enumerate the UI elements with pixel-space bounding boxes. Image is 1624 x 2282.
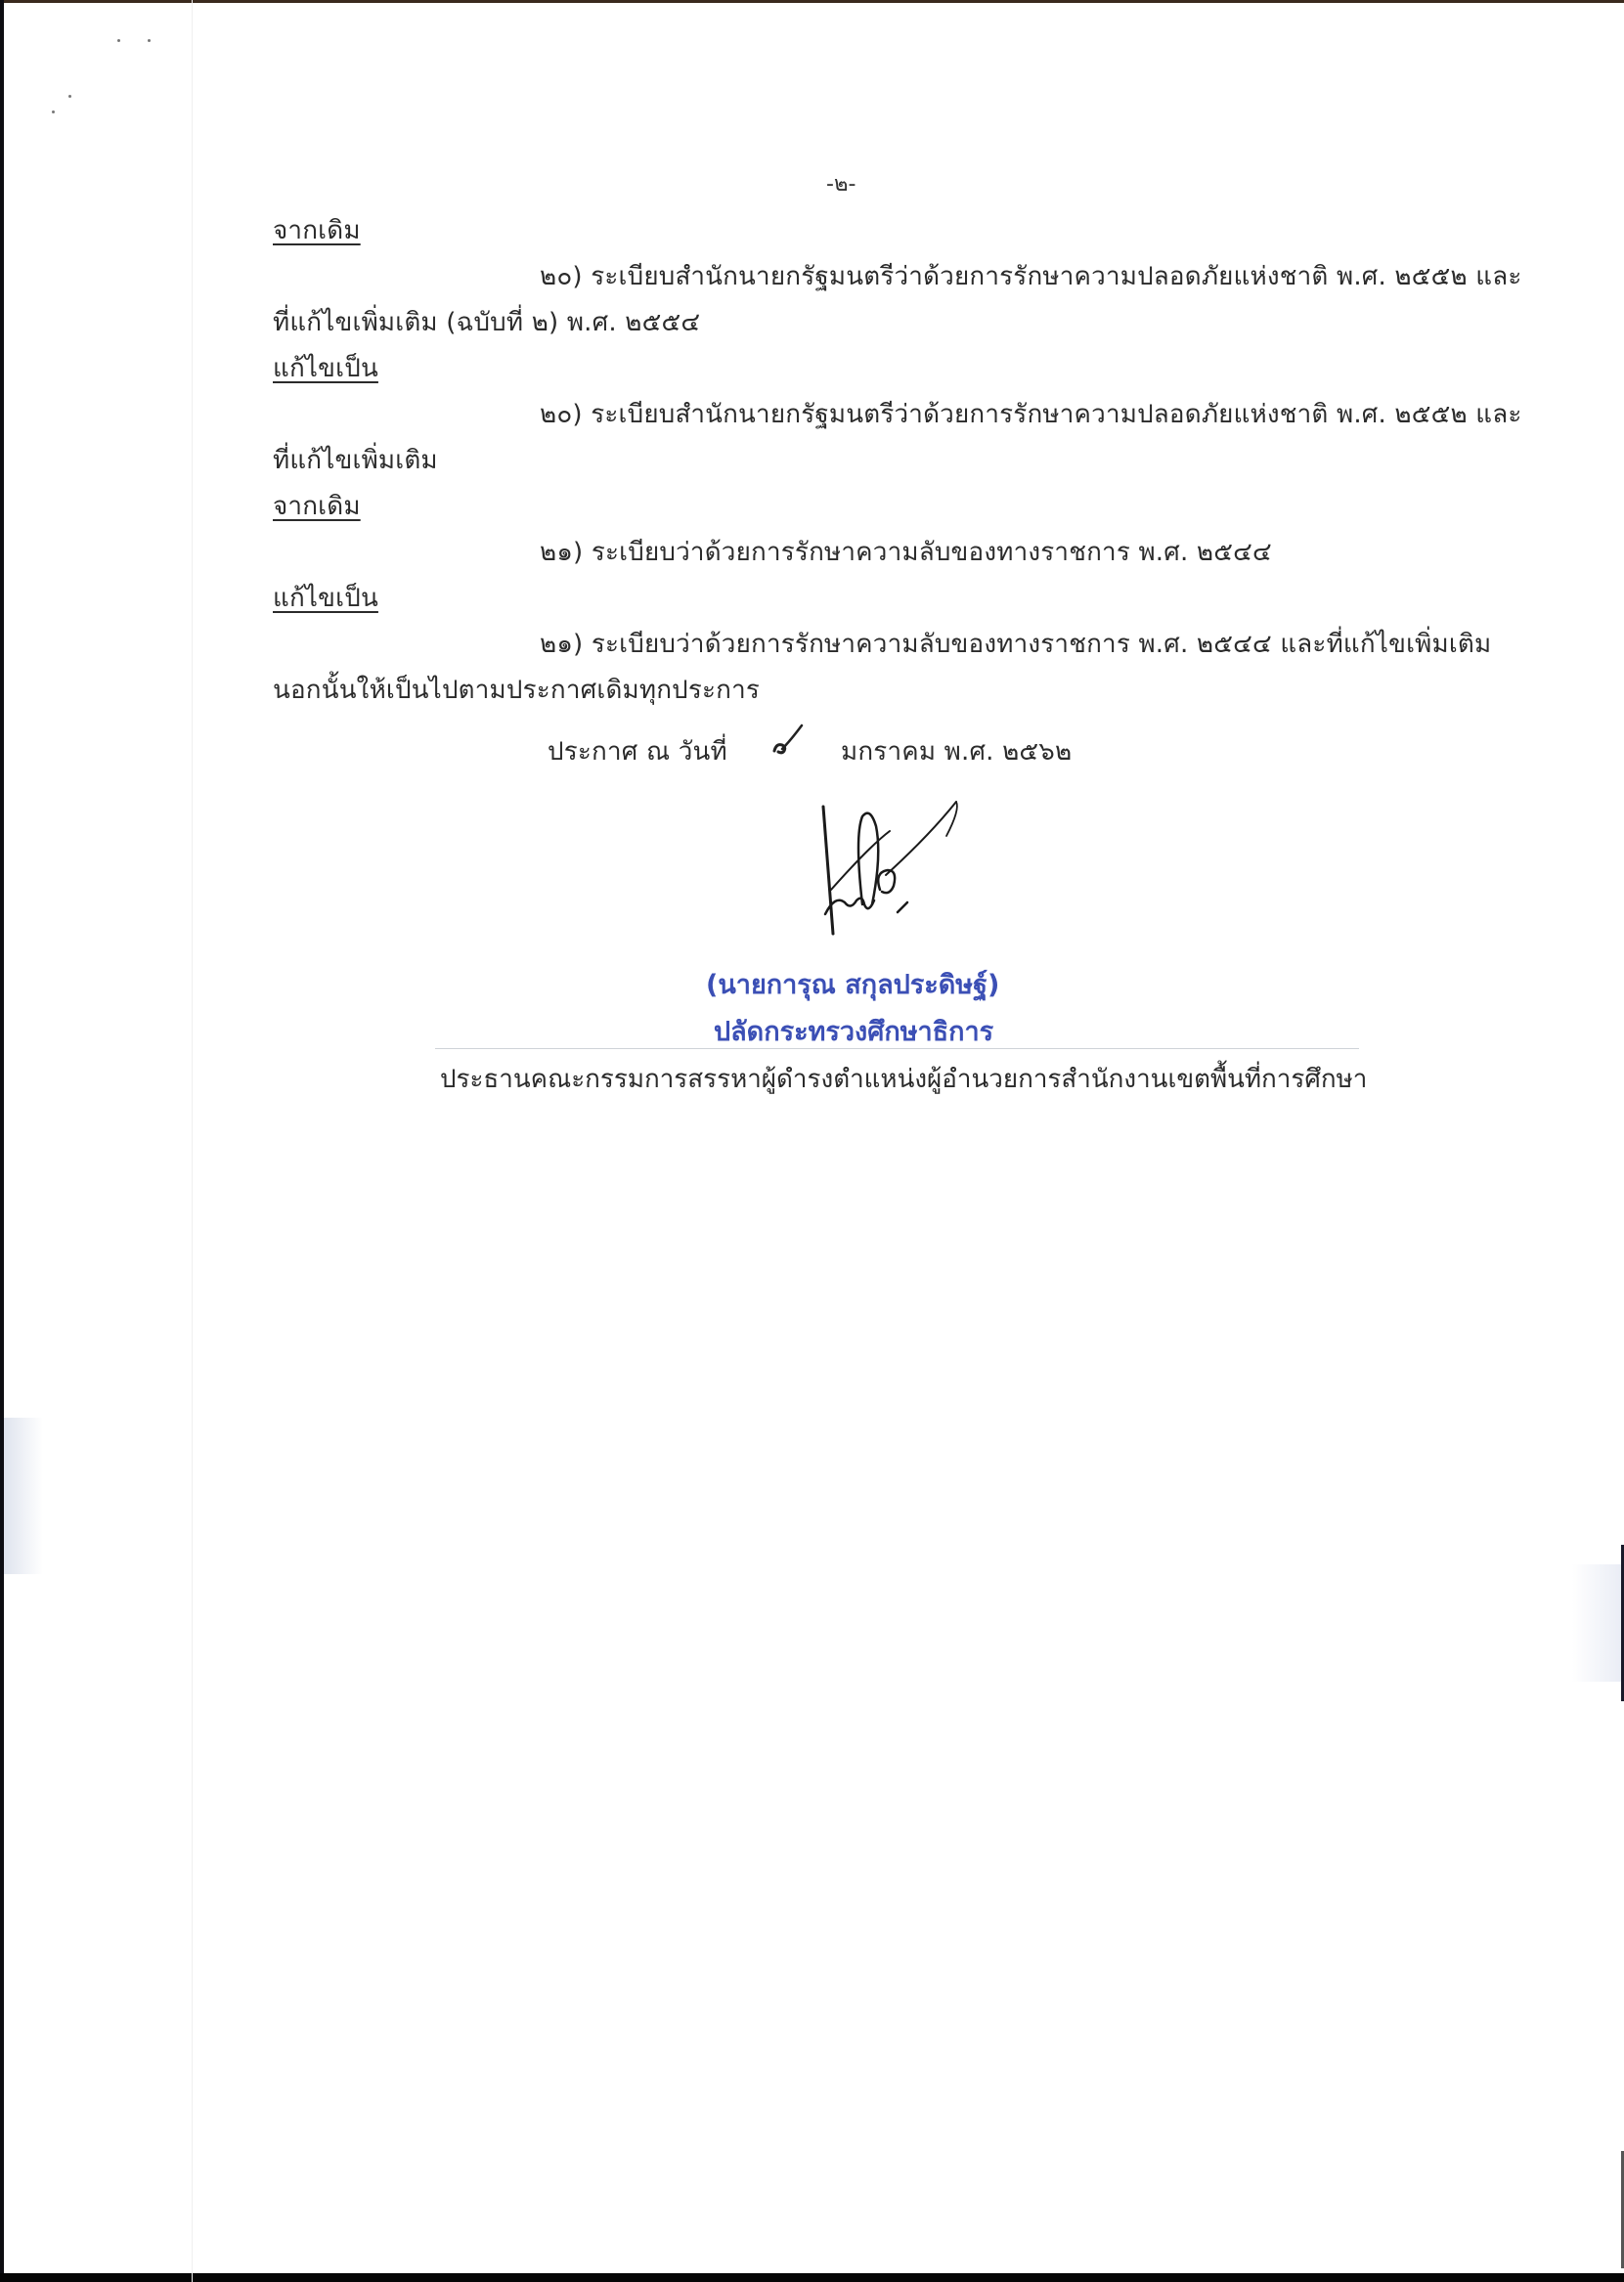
- announcement-month-year: มกราคม พ.ศ. ๒๕๖๒: [841, 731, 1072, 771]
- signer-name: (นายการุณ สกุลประดิษฐ์): [706, 963, 999, 1005]
- section-heading-amended: แก้ไขเป็น: [273, 348, 378, 388]
- page-fold-line: [192, 0, 193, 2282]
- section-heading-original: จากเดิม: [273, 210, 361, 250]
- scan-edge-bottom: [0, 2273, 1624, 2282]
- section-heading-original: จากเดิม: [273, 486, 361, 526]
- item-21-original-line1: ๒๑) ระเบียบว่าด้วยการรักษาความลับของทางร…: [540, 532, 1272, 572]
- handwritten-signature-icon: [812, 797, 978, 947]
- stamp-divider: [435, 1048, 1359, 1049]
- scan-shadow-left: [4, 1418, 43, 1574]
- scan-speck: [52, 110, 55, 113]
- signer-position: ปลัดกระทรวงศึกษาธิการ: [714, 1010, 993, 1052]
- scan-edge-top: [0, 0, 1624, 3]
- handwritten-day-icon: [768, 722, 808, 765]
- announcement-prefix: ประกาศ ณ วันที่: [548, 731, 727, 771]
- item-20-original-line2: ที่แก้ไขเพิ่มเติม (ฉบับที่ ๒) พ.ศ. ๒๕๕๔: [273, 302, 700, 342]
- page-number: -๒-: [826, 166, 856, 200]
- item-20-amended-line2: ที่แก้ไขเพิ่มเติม: [273, 440, 438, 480]
- item-21-amended-line1: ๒๑) ระเบียบว่าด้วยการรักษาความลับของทางร…: [540, 624, 1491, 664]
- scan-speck: [117, 39, 120, 42]
- scan-speck: [68, 95, 71, 98]
- closing-statement: นอกนั้นให้เป็นไปตามประกาศเดิมทุกประการ: [273, 670, 760, 710]
- scan-shadow-right: [1572, 1564, 1621, 1682]
- committee-chair-title: ประธานคณะกรรมการสรรหาผู้ดำรงตำแหน่งผู้อำ…: [440, 1059, 1367, 1099]
- item-20-original-line1: ๒๐) ระเบียบสำนักนายกรัฐมนตรีว่าด้วยการรั…: [540, 256, 1522, 296]
- scan-edge-left: [0, 0, 4, 2282]
- scan-speck: [148, 39, 151, 42]
- item-20-amended-line1: ๒๐) ระเบียบสำนักนายกรัฐมนตรีว่าด้วยการรั…: [540, 394, 1522, 434]
- section-heading-amended: แก้ไขเป็น: [273, 578, 378, 618]
